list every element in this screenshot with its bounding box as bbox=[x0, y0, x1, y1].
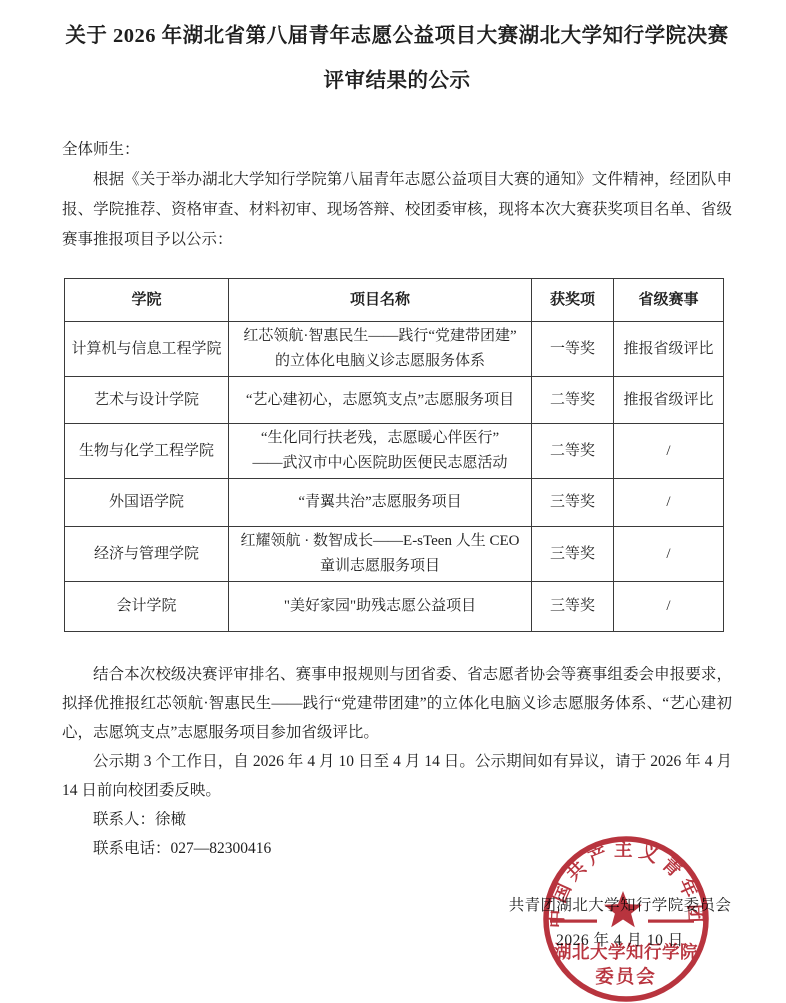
column-header-provincial: 省级赛事 bbox=[614, 279, 724, 322]
page-title: 关于 2026 年湖北省第八届青年志愿公益项目大赛湖北大学知行学院决赛评审结果的… bbox=[62, 14, 732, 104]
seal-committee-text: 委员会 bbox=[595, 966, 657, 987]
contact-person: 联系人：徐橄 bbox=[62, 805, 732, 834]
cell-award: 一等奖 bbox=[532, 322, 614, 377]
column-header-award: 获奖项 bbox=[532, 279, 614, 322]
cell-award: 三等奖 bbox=[532, 582, 614, 632]
table-row: 外国语学院 “青翼共治”志愿服务项目 三等奖 / bbox=[65, 479, 724, 527]
official-seal: 中国共产主义青年团 湖北大学知行学院 委员会 bbox=[533, 832, 719, 1003]
cell-college: 外国语学院 bbox=[65, 479, 229, 527]
table-row: 计算机与信息工程学院 红芯领航·智惠民生——践行“党建带团建” 的立体化电脑义诊… bbox=[65, 322, 724, 377]
cell-project: "美好家园"助残志愿公益项目 bbox=[229, 582, 532, 632]
publicity-period-paragraph: 公示期 3 个工作日，自 2026 年 4 月 10 日至 4 月 14 日。公… bbox=[62, 747, 732, 805]
results-table: 学院 项目名称 获奖项 省级赛事 计算机与信息工程学院 红芯领航·智惠民生——践… bbox=[64, 278, 724, 632]
cell-college: 艺术与设计学院 bbox=[65, 377, 229, 424]
cell-provincial: 推报省级评比 bbox=[614, 377, 724, 424]
cell-award: 三等奖 bbox=[532, 479, 614, 527]
cell-award: 三等奖 bbox=[532, 527, 614, 582]
cell-provincial: / bbox=[614, 527, 724, 582]
document-page: 关于 2026 年湖北省第八届青年志愿公益项目大赛湖北大学知行学院决赛评审结果的… bbox=[0, 0, 786, 1003]
cell-project: “艺心建初心，志愿筑支点”志愿服务项目 bbox=[229, 377, 532, 424]
cell-provincial: 推报省级评比 bbox=[614, 322, 724, 377]
intro-paragraph: 根据《关于举办湖北大学知行学院第八届青年志愿公益项目大赛的通知》文件精神，经团队… bbox=[62, 165, 732, 255]
table-row: 会计学院 "美好家园"助残志愿公益项目 三等奖 / bbox=[65, 582, 724, 632]
cell-project: 红芯领航·智惠民生——践行“党建带团建” 的立体化电脑义诊志愿服务体系 bbox=[229, 322, 532, 377]
table-row: 经济与管理学院 红耀领航 · 数智成长——E-sTeen 人生 CEO 童训志愿… bbox=[65, 527, 724, 582]
cell-college: 会计学院 bbox=[65, 582, 229, 632]
seal-org-text: 湖北大学知行学院 bbox=[554, 942, 698, 962]
cell-project: 红耀领航 · 数智成长——E-sTeen 人生 CEO 童训志愿服务项目 bbox=[229, 527, 532, 582]
cell-college: 计算机与信息工程学院 bbox=[65, 322, 229, 377]
table-row: 艺术与设计学院 “艺心建初心，志愿筑支点”志愿服务项目 二等奖 推报省级评比 bbox=[65, 377, 724, 424]
page-title-line2: 评审结果的公示 bbox=[324, 70, 471, 92]
cell-college: 生物与化学工程学院 bbox=[65, 424, 229, 479]
cell-project: “青翼共治”志愿服务项目 bbox=[229, 479, 532, 527]
cell-college: 经济与管理学院 bbox=[65, 527, 229, 582]
cell-project: “生化同行扶老残，志愿暖心伴医行” ——武汉市中心医院助医便民志愿活动 bbox=[229, 424, 532, 479]
recommendation-paragraph: 结合本次校级决赛评审排名、赛事申报规则与团省委、省志愿者协会等赛事组委会申报要求… bbox=[62, 660, 732, 747]
salutation: 全体师生： bbox=[62, 135, 732, 165]
seal-right-bar bbox=[648, 920, 694, 923]
seal-star-icon bbox=[604, 891, 642, 927]
column-header-project: 项目名称 bbox=[229, 279, 532, 322]
page-title-line1: 关于 2026 年湖北省第八届青年志愿公益项目大赛湖北大学知行学院决赛 bbox=[65, 25, 728, 47]
cell-provincial: / bbox=[614, 582, 724, 632]
table-header-row: 学院 项目名称 获奖项 省级赛事 bbox=[65, 279, 724, 322]
seal-left-bar bbox=[550, 920, 597, 923]
cell-provincial: / bbox=[614, 424, 724, 479]
table-row: 生物与化学工程学院 “生化同行扶老残，志愿暖心伴医行” ——武汉市中心医院助医便… bbox=[65, 424, 724, 479]
column-header-college: 学院 bbox=[65, 279, 229, 322]
cell-provincial: / bbox=[614, 479, 724, 527]
cell-award: 二等奖 bbox=[532, 424, 614, 479]
cell-award: 二等奖 bbox=[532, 377, 614, 424]
document-content: 关于 2026 年湖北省第八届青年志愿公益项目大赛湖北大学知行学院决赛评审结果的… bbox=[0, 0, 786, 863]
